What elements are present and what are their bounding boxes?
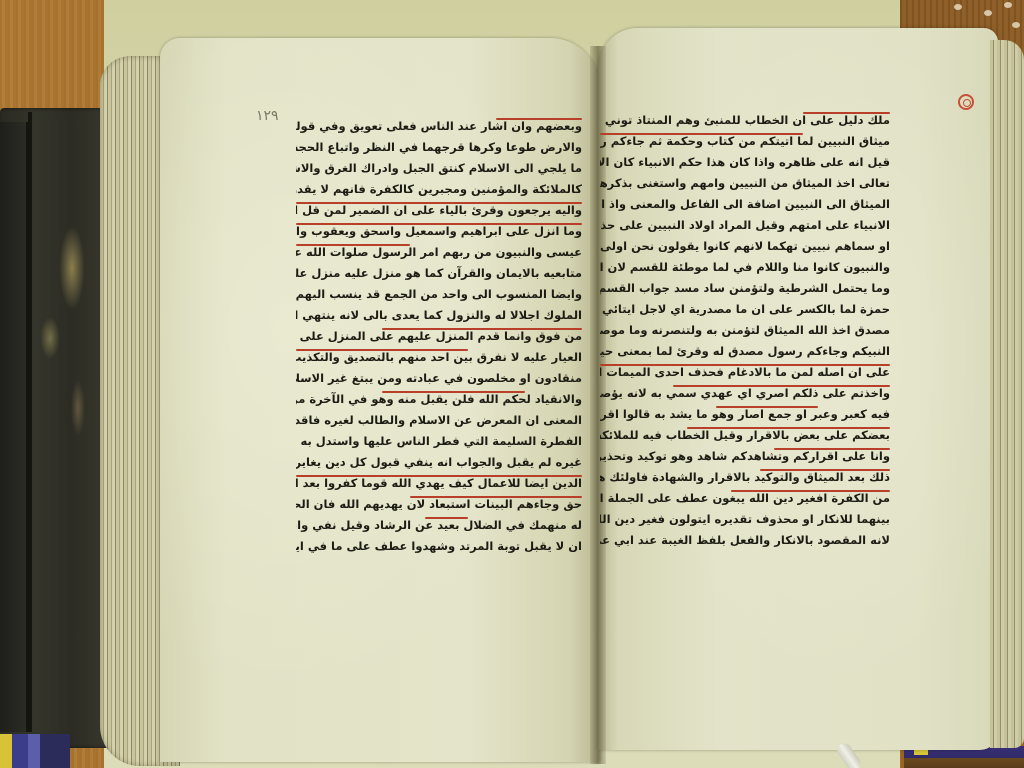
- line-text: ميثاق النبيين لما اتيتكم من كتاب وحكمة ث…: [600, 134, 890, 148]
- line-text: او سماهم نبيين تهكما لانهم كانوا يقولون …: [600, 239, 890, 253]
- manuscript-line: ما يلجي الى الاسلام كنتق الجبل وادراك ال…: [296, 158, 582, 179]
- line-text: وايضا المنسوب الى واحد من الجمع قد ينسب …: [296, 287, 582, 301]
- line-text: فيه كعبر وعبر او جمع اصار وهو ما يشد به …: [600, 407, 890, 421]
- line-text: ذلك بعد الميثاق والتوكيد بالاقرار والشها…: [600, 470, 890, 484]
- line-text: ملك دليل على ان الخطاب للمنبئ وهم المنتا…: [600, 113, 890, 127]
- line-text: واخذتم على ذلكم اصري اي عهدي سمي به لانه…: [600, 386, 890, 400]
- rubric-overline: [600, 133, 803, 135]
- right-page-text: ملك دليل على ان الخطاب للمنبئ وهم المنتا…: [600, 110, 890, 551]
- line-text: منقادون او مخلصون في عبادته ومن يبتغ غير…: [296, 371, 582, 385]
- right-page-stack-edges: [990, 40, 1024, 748]
- book-cover-crease: [28, 112, 32, 732]
- line-text: تعالى اخذ الميثاق من النبيين وامهم واستغ…: [600, 176, 890, 190]
- manuscript-line: من الكفرة افغير دين الله يبغون عطف على ا…: [600, 488, 890, 509]
- line-text: الانبياء على امتهم وقيل المراد اولاد الن…: [600, 218, 890, 232]
- manuscript-line: وما يحتمل الشرطية ولتؤمنن ساد مسد جواب ا…: [600, 278, 890, 299]
- manuscript-line: والارض طوعا وكرها قرجهما في النظر واتباع…: [296, 137, 582, 158]
- manuscript-line: او سماهم نبيين تهكما لانهم كانوا يقولون …: [600, 236, 890, 257]
- line-text: من الكفرة افغير دين الله يبغون عطف على ا…: [600, 491, 890, 505]
- manuscript-line: لانه المقصود بالانكار والفعل بلفظ الغيبة…: [600, 530, 890, 551]
- red-seal-icon: [958, 94, 974, 110]
- rubric-overline: [296, 475, 582, 477]
- manuscript-line: العيار عليه لا نفرق بين احد منهم بالتصدي…: [296, 347, 582, 368]
- manuscript-line: منقادون او مخلصون في عبادته ومن يبتغ غير…: [296, 368, 582, 389]
- line-text: عيسى والنبيون من ربهم امر الرسول صلوات ا…: [296, 245, 582, 259]
- manuscript-line: والانقياد لحكم الله فلن يقبل منه وهو في …: [296, 389, 582, 410]
- rubric-overline: [673, 385, 891, 387]
- line-text: الملوك اجلالا له والنزول كما يعدى بالى ل…: [296, 308, 582, 322]
- manuscript-line: وبعضهم وان اشار عند الناس فعلى تعويق وفي…: [296, 116, 582, 137]
- rubric-overline: [296, 349, 468, 351]
- manuscript-line: تعالى اخذ الميثاق من النبيين وامهم واستغ…: [600, 173, 890, 194]
- manuscript-line: الميثاق الى النبيين اضافة الى الفاعل وال…: [600, 194, 890, 215]
- rubric-overline: [716, 406, 818, 408]
- left-page-text: وبعضهم وان اشار عند الناس فعلى تعويق وفي…: [296, 116, 582, 557]
- rubric-overline: [803, 112, 890, 114]
- line-text: من فوق وانما قدم المنزل عليهم على المنزل…: [296, 329, 582, 343]
- manuscript-line: له منهمك في الضلال بعيد عن الرشاد وقيل ن…: [296, 515, 582, 536]
- rubric-overline: [410, 496, 582, 498]
- manuscript-line: الفطرة السليمة التي فطر الناس عليها واست…: [296, 431, 582, 452]
- line-text: كالملائكة والمؤمنين ومجبرين كالكفرة فانه…: [296, 182, 582, 196]
- manuscript-line: الملوك اجلالا له والنزول كما يعدى بالى ل…: [296, 305, 582, 326]
- manuscript-line: ملك دليل على ان الخطاب للمنبئ وهم المنتا…: [600, 110, 890, 131]
- manuscript-line: غيره لم يقبل والجواب انه ينفي قبول كل دي…: [296, 452, 582, 473]
- line-text: بينهما للانكار او محذوف تقديره ايتولون ف…: [600, 512, 890, 526]
- manuscript-line: فيه كعبر وعبر او جمع اصار وهو ما يشد به …: [600, 404, 890, 425]
- folio-number: ١٢٩: [256, 108, 279, 124]
- line-text: على ان اصله لمن ما بالادغام فحذف احدى ال…: [600, 365, 890, 379]
- line-text: متابعيه بالايمان والقرآن كما هو منزل علي…: [296, 266, 582, 280]
- line-text: العيار عليه لا نفرق بين احد منهم بالتصدي…: [296, 350, 582, 364]
- manuscript-line: عيسى والنبيون من ربهم امر الرسول صلوات ا…: [296, 242, 582, 263]
- line-text: قيل انه على ظاهره واذا كان هذا حكم الانب…: [600, 155, 890, 169]
- rubric-overline: [774, 448, 890, 450]
- line-text: مصدق اخذ الله الميثاق لتؤمنن به ولتنصرنه…: [600, 323, 890, 337]
- manuscript-line: متابعيه بالايمان والقرآن كما هو منزل علي…: [296, 263, 582, 284]
- rubric-overline: [382, 328, 582, 330]
- book-cover-flap: [0, 122, 28, 732]
- line-text: والانقياد لحكم الله فلن يقبل منه وهو في …: [296, 392, 582, 406]
- manuscript-line: بعضكم على بعض بالاقرار وقيل الخطاب فيه ل…: [600, 425, 890, 446]
- manuscript-line: واخذتم على ذلكم اصري اي عهدي سمي به لانه…: [600, 383, 890, 404]
- manuscript-line: ذلك بعد الميثاق والتوكيد بالاقرار والشها…: [600, 467, 890, 488]
- rubric-overline: [731, 490, 891, 492]
- line-text: وما انزل على ابراهيم واسمعيل واسحق ويعقو…: [296, 224, 582, 238]
- rubric-overline: [687, 427, 890, 429]
- manuscript-line: والنبيون كانوا منا واللام في لما موطئة ل…: [600, 257, 890, 278]
- rubric-overline: [600, 364, 890, 366]
- rubric-overline: [496, 118, 582, 120]
- manuscript-line: وما انزل على ابراهيم واسمعيل واسحق ويعقو…: [296, 221, 582, 242]
- manuscript-line: حمزة لما بالكسر على ان ما مصدرية اي لاجل…: [600, 299, 890, 320]
- rubric-overline: [296, 223, 582, 225]
- manuscript-line: كالملائكة والمؤمنين ومجبرين كالكفرة فانه…: [296, 179, 582, 200]
- manuscript-line: وايضا المنسوب الى واحد من الجمع قد ينسب …: [296, 284, 582, 305]
- manuscript-line: واليه يرجعون وقرئ بالياء على ان الضمير ل…: [296, 200, 582, 221]
- manuscript-line: النبيكم وجاءكم رسول مصدق له وقرئ لما بمع…: [600, 341, 890, 362]
- line-text: وانا على اقراركم وتشاهدكم شاهد وهو توكيد…: [600, 449, 890, 463]
- line-text: وبعضهم وان اشار عند الناس فعلى تعويق وفي…: [296, 119, 582, 133]
- manuscript-line: على ان اصله لمن ما بالادغام فحذف احدى ال…: [600, 362, 890, 383]
- line-text: بعضكم على بعض بالاقرار وقيل الخطاب فيه ل…: [600, 428, 890, 442]
- manuscript-line: بينهما للانكار او محذوف تقديره ايتولون ف…: [600, 509, 890, 530]
- manuscript-line: المعنى ان المعرض عن الاسلام والطالب لغير…: [296, 410, 582, 431]
- line-text: غيره لم يقبل والجواب انه ينفي قبول كل دي…: [296, 455, 582, 469]
- line-text: واليه يرجعون وقرئ بالياء على ان الضمير ل…: [296, 203, 582, 217]
- stacked-books-bottom-left: [0, 734, 70, 768]
- line-text: حمزة لما بالكسر على ان ما مصدرية اي لاجل…: [600, 302, 890, 316]
- line-text: والنبيون كانوا منا واللام في لما موطئة ل…: [600, 260, 890, 274]
- line-text: ان لا يقبل توبة المرتد وشهدوا عطف على ما…: [296, 539, 582, 553]
- line-text: الميثاق الى النبيين اضافة الى الفاعل وال…: [600, 197, 890, 211]
- line-text: ما يلجي الى الاسلام كنتق الجبل وادراك ال…: [296, 161, 582, 175]
- rubric-overline: [425, 517, 468, 519]
- line-text: النبيكم وجاءكم رسول مصدق له وقرئ لما بمع…: [600, 344, 890, 358]
- line-text: لانه المقصود بالانكار والفعل بلفظ الغيبة…: [600, 533, 890, 547]
- manuscript-line: من فوق وانما قدم المنزل عليهم على المنزل…: [296, 326, 582, 347]
- manuscript-line: وانا على اقراركم وتشاهدكم شاهد وهو توكيد…: [600, 446, 890, 467]
- manuscript-line: قيل انه على ظاهره واذا كان هذا حكم الانب…: [600, 152, 890, 173]
- manuscript-line: ميثاق النبيين لما اتيتكم من كتاب وحكمة ث…: [600, 131, 890, 152]
- manuscript-line: ان لا يقبل توبة المرتد وشهدوا عطف على ما…: [296, 536, 582, 557]
- line-text: وما يحتمل الشرطية ولتؤمنن ساد مسد جواب ا…: [600, 281, 890, 295]
- manuscript-line: الدين ايضا للاعمال كيف يهدي الله قوما كف…: [296, 473, 582, 494]
- line-text: الدين ايضا للاعمال كيف يهدي الله قوما كف…: [296, 476, 582, 490]
- manuscript-line: مصدق اخذ الله الميثاق لتؤمنن به ولتنصرنه…: [600, 320, 890, 341]
- line-text: له منهمك في الضلال بعيد عن الرشاد وقيل ن…: [296, 518, 582, 532]
- manuscript-line: حق وجاءهم البينات استبعاد لان يهديهم الل…: [296, 494, 582, 515]
- rubric-overline: [296, 202, 582, 204]
- line-text: المعنى ان المعرض عن الاسلام والطالب لغير…: [296, 413, 582, 427]
- rubric-overline: [382, 391, 525, 393]
- rubric-overline: [760, 469, 891, 471]
- rubric-overline: [296, 244, 410, 246]
- manuscript-line: الانبياء على امتهم وقيل المراد اولاد الن…: [600, 215, 890, 236]
- line-text: الفطرة السليمة التي فطر الناس عليها واست…: [296, 434, 582, 448]
- line-text: والارض طوعا وكرها قرجهما في النظر واتباع…: [296, 140, 582, 154]
- line-text: حق وجاءهم البينات استبعاد لان يهديهم الل…: [296, 497, 582, 511]
